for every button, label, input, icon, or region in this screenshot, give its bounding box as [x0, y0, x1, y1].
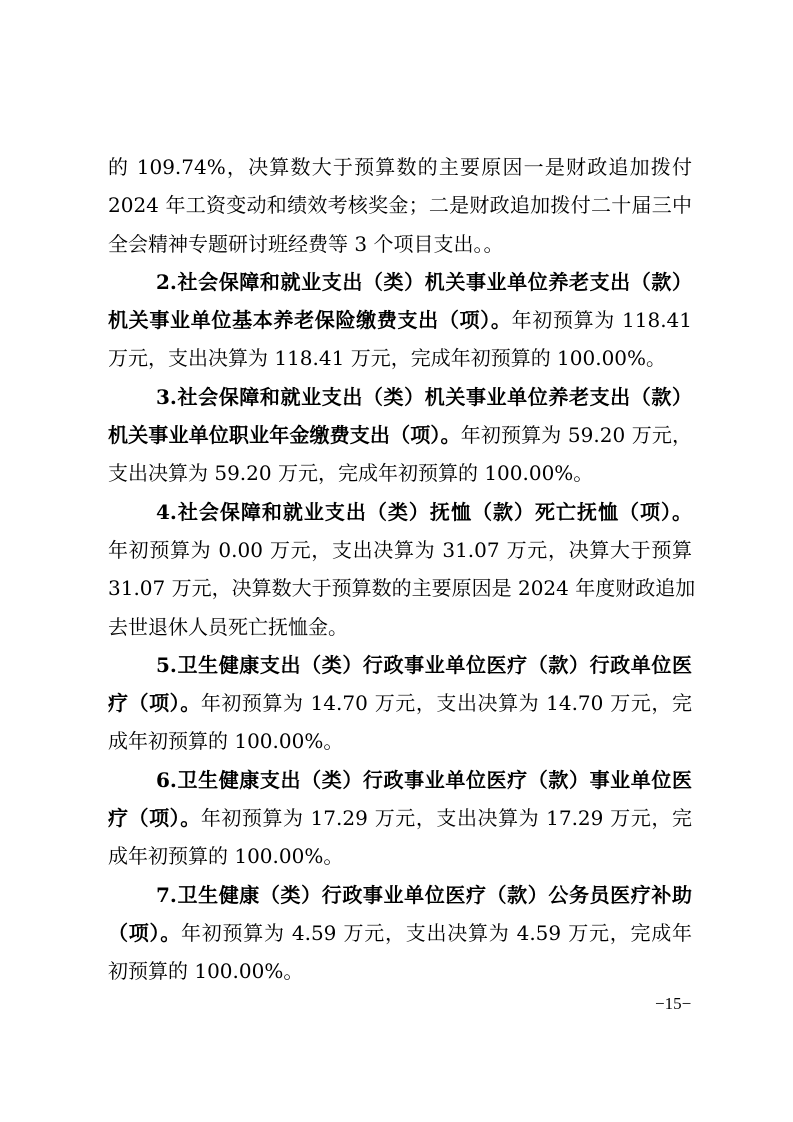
- text-line: 成年初预算的 100.00%。: [108, 722, 692, 760]
- item-3-heading: 3.社会保障和就业支出（类）机关事业单位养老支出（款）: [108, 378, 692, 416]
- text-line: 年初预算为 0.00 万元，支出决算为 31.07 万元，决算大于预算: [108, 531, 692, 569]
- body-text: 年初预算为 0.00 万元，支出决算为 31.07 万元，决算大于预算: [108, 538, 692, 562]
- body-text: 万元，支出决算为 118.41 万元，完成年初预算的 100.00%。: [108, 346, 666, 370]
- bold-heading: 4.社会保障和就业支出（类）抚恤（款）死亡抚恤（项）。: [156, 500, 692, 524]
- body-text: 年初预算为 118.41: [512, 308, 692, 332]
- text-line: 疗（项）。年初预算为 17.29 万元，支出决算为 17.29 万元，完: [108, 799, 692, 837]
- text-line: （项）。年初预算为 4.59 万元，支出决算为 4.59 万元，完成年: [108, 914, 692, 952]
- text-line: 31.07 万元，决算数大于预算数的主要原因是 2024 年度财政追加: [108, 569, 692, 607]
- bold-heading: 机关事业单位基本养老保险缴费支出（项）。: [108, 308, 512, 332]
- bold-heading: 2.社会保障和就业支出（类）机关事业单位养老支出（款）: [156, 270, 692, 294]
- item-5-heading: 5.卫生健康支出（类）行政事业单位医疗（款）行政单位医: [108, 646, 692, 684]
- text-line: 机关事业单位职业年金缴费支出（项）。年初预算为 59.20 万元，: [108, 416, 692, 454]
- bold-heading: （项）。: [108, 921, 181, 945]
- text-line: 疗（项）。年初预算为 14.70 万元，支出决算为 14.70 万元，完: [108, 684, 692, 722]
- body-text: 成年初预算的 100.00%。: [108, 844, 343, 868]
- text-line: 的 109.74%，决算数大于预算数的主要原因一是财政追加拨付: [108, 148, 692, 186]
- body-text: 的 109.74%，决算数大于预算数的主要原因一是财政追加拨付: [108, 155, 692, 179]
- bold-heading: 5.卫生健康支出（类）行政事业单位医疗（款）行政单位医: [156, 653, 692, 677]
- body-text: 初预算的 100.00%。: [108, 959, 303, 983]
- page-number: −15−: [655, 994, 691, 1014]
- body-text: 成年初预算的 100.00%。: [108, 729, 343, 753]
- bold-heading: 疗（项）。: [108, 806, 201, 830]
- bold-heading: 7.卫生健康（类）行政事业单位医疗（款）公务员医疗补助: [156, 883, 692, 907]
- body-text: 年初预算为 4.59 万元，支出决算为 4.59 万元，完成年: [181, 921, 692, 945]
- body-text: 去世退休人员死亡抚恤金。: [108, 615, 348, 639]
- item-7-heading: 7.卫生健康（类）行政事业单位医疗（款）公务员医疗补助: [108, 876, 692, 914]
- item-6-heading: 6.卫生健康支出（类）行政事业单位医疗（款）事业单位医: [108, 761, 692, 799]
- body-text: 全会精神专题研讨班经费等 3 个项目支出。。: [108, 232, 503, 256]
- bold-heading: 机关事业单位职业年金缴费支出（项）。: [108, 423, 461, 447]
- bold-heading: 3.社会保障和就业支出（类）机关事业单位养老支出（款）: [156, 385, 692, 409]
- document-body: 的 109.74%，决算数大于预算数的主要原因一是财政追加拨付 2024 年工资…: [108, 148, 692, 991]
- bold-heading: 疗（项）。: [108, 691, 201, 715]
- text-line: 2024 年工资变动和绩效考核奖金；二是财政追加拨付二十届三中: [108, 186, 692, 224]
- body-text: 2024 年工资变动和绩效考核奖金；二是财政追加拨付二十届三中: [108, 193, 692, 217]
- text-line: 支出决算为 59.20 万元，完成年初预算的 100.00%。: [108, 454, 692, 492]
- text-line: 去世退休人员死亡抚恤金。: [108, 608, 692, 646]
- body-text: 年初预算为 14.70 万元，支出决算为 14.70 万元，完: [201, 691, 692, 715]
- text-line: 机关事业单位基本养老保险缴费支出（项）。年初预算为 118.41: [108, 301, 692, 339]
- text-line: 成年初预算的 100.00%。: [108, 837, 692, 875]
- text-line: 初预算的 100.00%。: [108, 952, 692, 990]
- item-4-heading: 4.社会保障和就业支出（类）抚恤（款）死亡抚恤（项）。: [108, 493, 692, 531]
- body-text: 31.07 万元，决算数大于预算数的主要原因是 2024 年度财政追加: [108, 576, 695, 600]
- item-2-heading: 2.社会保障和就业支出（类）机关事业单位养老支出（款）: [108, 263, 692, 301]
- text-line: 全会精神专题研讨班经费等 3 个项目支出。。: [108, 225, 692, 263]
- body-text: 支出决算为 59.20 万元，完成年初预算的 100.00%。: [108, 461, 593, 485]
- text-line: 万元，支出决算为 118.41 万元，完成年初预算的 100.00%。: [108, 339, 692, 377]
- body-text: 年初预算为 59.20 万元，: [461, 423, 692, 447]
- body-text: 年初预算为 17.29 万元，支出决算为 17.29 万元，完: [201, 806, 692, 830]
- bold-heading: 6.卫生健康支出（类）行政事业单位医疗（款）事业单位医: [156, 768, 692, 792]
